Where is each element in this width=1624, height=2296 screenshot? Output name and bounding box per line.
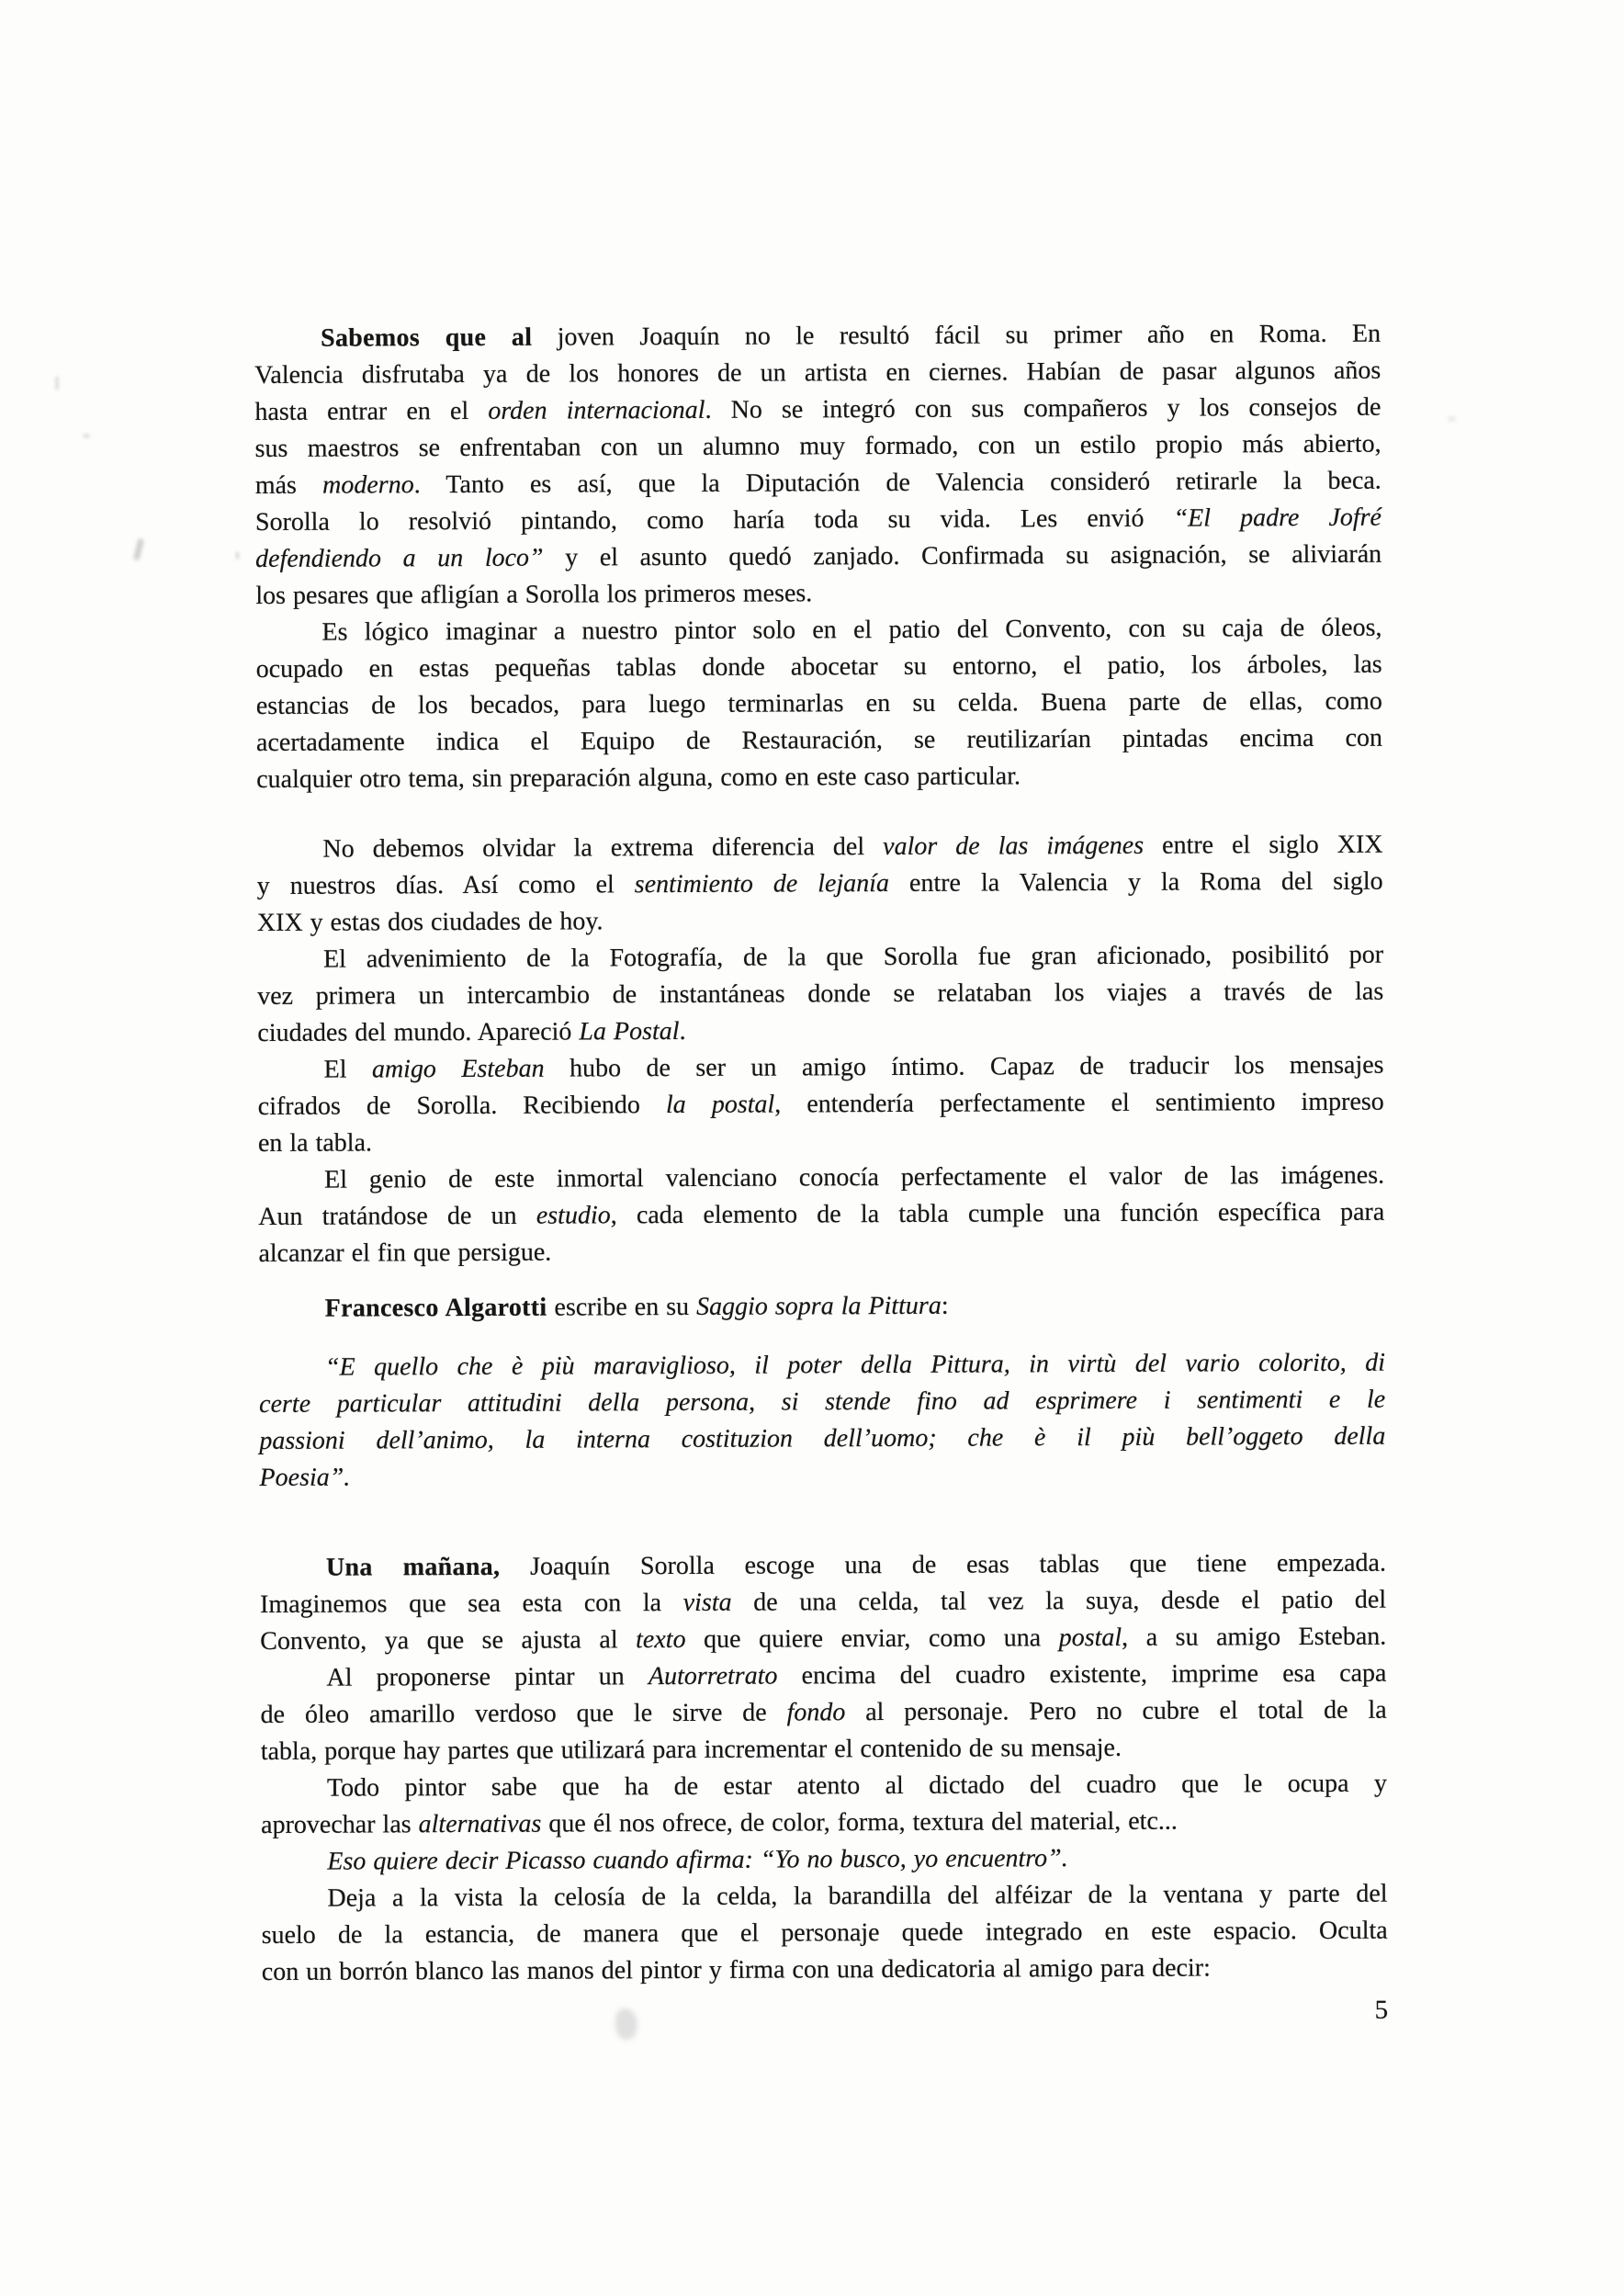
text-run: . Tanto es así, que la Diputación de Val…	[414, 467, 1382, 500]
text-run: los pesares que afligían a Sorolla los p…	[255, 579, 812, 610]
text-run: Imaginemos que sea esta con la	[260, 1589, 683, 1619]
text-run: alcanzar el fin que persigue.	[258, 1238, 551, 1268]
text-run: al personaje. Pero no cubre el total de …	[845, 1696, 1386, 1727]
text-run: y nuestros días. Así como el	[257, 870, 635, 900]
paragraph-advenimiento: El advenimiento de la Fotografía, de la …	[257, 937, 1384, 1052]
text-line: El advenimiento de la Fotografía, de la …	[257, 937, 1383, 978]
scan-smudge	[235, 551, 240, 560]
text-line: y nuestros días. Así como el sentimiento…	[257, 864, 1383, 905]
text-line: sus maestros se enfrentaban con un alumn…	[255, 426, 1382, 468]
text-line: passioni dell’animo, la interna costituz…	[259, 1419, 1385, 1460]
paragraph-al-proponerse: Al proponerse pintar un Autorretrato enc…	[260, 1656, 1387, 1770]
text-line: Francesco Algarotti escribe en su Saggio…	[259, 1286, 1385, 1328]
paragraph-amigo-esteban: El amigo Esteban hubo de ser un amigo ín…	[257, 1047, 1384, 1162]
text-run: alternativas	[419, 1810, 542, 1839]
paragraph-una-manana: Una mañana, Joaquín Sorolla escoge una d…	[260, 1545, 1387, 1660]
text-run: Convento, ya que se ajusta al	[260, 1625, 636, 1656]
text-line: Poesia”.	[259, 1455, 1385, 1497]
text-run: que él nos ofrece, de color, forma, text…	[541, 1807, 1178, 1838]
text-run: Valencia disfrutaba ya de los honores de…	[254, 356, 1381, 390]
text-run: “El padre Jofré	[1173, 503, 1382, 533]
text-run: Deja a la vista la celosía de la celda, …	[327, 1880, 1387, 1913]
text-line: Una mañana, Joaquín Sorolla escoge una d…	[260, 1545, 1386, 1587]
text-line: Todo pintor sabe que ha de estar atento …	[261, 1766, 1387, 1807]
text-run: postal	[1059, 1623, 1122, 1652]
text-line: defendiendo a un loco” y el asunto quedó…	[255, 537, 1382, 578]
text-line: vez primera un intercambio de instantáne…	[257, 974, 1383, 1015]
text-run: de una celda, tal vez la suya, desde el …	[732, 1586, 1387, 1617]
text-line: Sorolla lo resolvió pintando, como haría…	[255, 500, 1382, 541]
text-run: la postal	[666, 1091, 774, 1120]
text-run: Todo pintor sabe que ha de estar atento …	[327, 1770, 1387, 1803]
text-line: acertadamente indica el Equipo de Restau…	[256, 720, 1382, 762]
text-run: “E quello che è più maraviglioso, il pot…	[325, 1349, 1385, 1382]
text-line: Al proponerse pintar un Autorretrato enc…	[260, 1656, 1386, 1697]
text-run: aprovechar las	[261, 1810, 419, 1839]
text-run: Poesia”.	[259, 1464, 350, 1492]
paragraph-algarotti: Francesco Algarotti escribe en su Saggio…	[259, 1286, 1385, 1328]
text-run: cualquier otro tema, sin preparación alg…	[256, 762, 1021, 794]
text-line: “E quello che è più maraviglioso, il pot…	[259, 1345, 1385, 1386]
text-run: . No se integró con sus compañeros y los…	[705, 393, 1381, 424]
scan-smudge	[55, 377, 59, 390]
paragraph-sabemos: Sabemos que al joven Joaquín no le resul…	[254, 316, 1382, 615]
text-run: valor de las imágenes	[883, 831, 1144, 861]
text-run: texto	[636, 1625, 686, 1654]
text-line: Valencia disfrutaba ya de los honores de…	[254, 353, 1381, 394]
text-line: Es lógico imaginar a nuestro pintor solo…	[255, 610, 1382, 651]
text-line: Sabemos que al joven Joaquín no le resul…	[254, 316, 1381, 357]
text-run: estancias de los becados, para luego ter…	[256, 687, 1382, 720]
scanned-document-page: Sabemos que al joven Joaquín no le resul…	[0, 0, 1624, 2296]
paragraph-cita-italiana: “E quello che è più maraviglioso, il pot…	[259, 1345, 1386, 1497]
text-line: El amigo Esteban hubo de ser un amigo ín…	[257, 1047, 1383, 1089]
text-run: Joaquín Sorolla escoge una de esas tabla…	[500, 1549, 1386, 1581]
text-run: de óleo amarillo verdoso que le sirve de	[261, 1698, 787, 1728]
paragraph-picasso: Eso quiere decir Picasso cuando afirma: …	[261, 1839, 1387, 1881]
text-line: los pesares que afligían a Sorolla los p…	[255, 573, 1382, 615]
text-run: con un borrón blanco las manos del pinto…	[262, 1953, 1211, 1986]
text-run: que quiere enviar, como una	[685, 1623, 1058, 1654]
text-run: joven Joaquín no le resultó fácil su pri…	[532, 320, 1381, 352]
text-run: tabla, porque hay partes que utilizará p…	[261, 1734, 1122, 1766]
text-line: con un borrón blanco las manos del pinto…	[262, 1950, 1388, 1991]
text-run: La Postal	[579, 1017, 679, 1046]
text-run: Aun tratándose de un	[258, 1202, 536, 1231]
text-line: de óleo amarillo verdoso que le sirve de…	[261, 1692, 1387, 1734]
text-line: Eso quiere decir Picasso cuando afirma: …	[261, 1839, 1387, 1881]
text-line: El genio de este inmortal valenciano con…	[258, 1158, 1384, 1199]
text-run: Al proponerse pintar un	[326, 1662, 648, 1692]
text-run: entre la Valencia y la Roma del siglo	[889, 867, 1383, 898]
document-body: Sabemos que al joven Joaquín no le resul…	[254, 316, 1388, 2033]
text-run: Una mañana,	[326, 1553, 500, 1582]
text-run: defendiendo a un loco”	[255, 544, 544, 573]
text-run: y el asunto quedó zanjado. Confirmada su…	[544, 540, 1382, 572]
text-run: El genio de este inmortal valenciano con…	[324, 1161, 1384, 1194]
text-line: ocupado en estas pequeñas tablas donde a…	[256, 647, 1382, 688]
text-line: Aun tratándose de un estudio, cada eleme…	[258, 1194, 1384, 1236]
text-run: suelo de la estancia, de manera que el p…	[262, 1917, 1388, 1950]
paragraph-todo-pintor: Todo pintor sabe que ha de estar atento …	[261, 1766, 1387, 1844]
paragraph-el-genio: El genio de este inmortal valenciano con…	[258, 1158, 1385, 1272]
text-run: escribe en su	[547, 1293, 696, 1322]
text-run: orden internacional	[488, 396, 705, 425]
text-run: .	[679, 1017, 685, 1046]
text-run: hasta entrar en el	[254, 397, 488, 426]
text-run: en la tabla.	[258, 1128, 372, 1158]
text-run: :	[942, 1292, 949, 1320]
text-line: certe particular attitudini della person…	[259, 1382, 1385, 1423]
text-run: , cada elemento de la tabla cumple una f…	[611, 1198, 1385, 1230]
text-run: moderno	[322, 470, 414, 499]
text-line: más moderno. Tanto es así, que la Diputa…	[255, 463, 1382, 504]
text-line: en la tabla.	[258, 1121, 1384, 1162]
text-run: cifrados de Sorolla. Recibiendo	[258, 1091, 666, 1121]
scan-smudge	[133, 538, 144, 561]
text-line: alcanzar el fin que persigue.	[258, 1231, 1384, 1272]
text-line: cualquier otro tema, sin preparación alg…	[256, 757, 1382, 798]
text-run: passioni dell’animo, la interna costituz…	[259, 1422, 1385, 1455]
text-run: certe particular attitudini della person…	[259, 1386, 1385, 1419]
text-run: vista	[683, 1589, 732, 1617]
text-line: ciudades del mundo. Apareció La Postal.	[257, 1011, 1383, 1052]
text-run: Sorolla lo resolvió pintando, como haría…	[255, 504, 1174, 537]
text-run: El	[323, 1055, 371, 1083]
text-run: Es lógico imaginar a nuestro pintor solo…	[321, 614, 1382, 647]
text-run: No debemos olvidar la extrema diferencia…	[322, 832, 883, 864]
text-run: estudio	[536, 1201, 611, 1229]
text-run: sentimiento de lejanía	[635, 869, 889, 899]
text-run: entre el siglo XIX	[1144, 831, 1383, 860]
text-run: El advenimiento de la Fotografía, de la …	[323, 941, 1383, 974]
text-run: Autorretrato	[648, 1662, 778, 1691]
text-line: tabla, porque hay partes que utilizará p…	[261, 1729, 1387, 1770]
page-number: 5	[262, 1992, 1388, 2033]
text-line: hasta entrar en el orden internacional. …	[254, 390, 1381, 431]
text-run: encima del cuadro existente, imprime esa…	[777, 1659, 1386, 1691]
text-run: XIX y estas dos ciudades de hoy.	[257, 907, 603, 937]
text-run: sus maestros se enfrentaban con un alumn…	[255, 430, 1382, 463]
paragraph-es-logico: Es lógico imaginar a nuestro pintor solo…	[255, 610, 1382, 798]
text-run: , entendería perfectamente el sentimient…	[774, 1088, 1384, 1119]
text-run: hubo de ser un amigo íntimo. Capaz de tr…	[545, 1051, 1384, 1083]
text-line: estancias de los becados, para luego ter…	[256, 684, 1382, 725]
text-line: aprovechar las alternativas que él nos o…	[261, 1803, 1387, 1844]
text-line: XIX y estas dos ciudades de hoy.	[257, 900, 1383, 942]
paragraph-deja-a-la-vista: Deja a la vista la celosía de la celda, …	[261, 1876, 1388, 1991]
text-run: ocupado en estas pequeñas tablas donde a…	[256, 650, 1382, 684]
text-line: No debemos olvidar la extrema diferencia…	[256, 827, 1382, 868]
text-run: , a su amigo Esteban.	[1122, 1623, 1386, 1652]
paragraph-no-debemos: No debemos olvidar la extrema diferencia…	[256, 827, 1383, 942]
text-run: Francesco Algarotti	[325, 1294, 547, 1323]
text-run: acertadamente indica el Equipo de Restau…	[256, 724, 1382, 757]
scan-smudge	[1448, 416, 1456, 422]
text-run: Saggio sopra la Pittura	[696, 1292, 942, 1321]
text-line: Imaginemos que sea esta con la vista de …	[260, 1582, 1386, 1623]
scan-smudge	[83, 434, 90, 438]
text-run: ciudades del mundo. Apareció	[257, 1017, 579, 1047]
text-run: fondo	[786, 1698, 845, 1726]
text-run: Eso quiere decir Picasso cuando afirma: …	[327, 1844, 1068, 1876]
text-run: más	[255, 471, 322, 500]
text-line: Convento, ya que se ajusta al texto que …	[260, 1619, 1386, 1660]
text-run: Sabemos que al	[321, 323, 532, 353]
text-line: cifrados de Sorolla. Recibiendo la posta…	[258, 1084, 1384, 1125]
text-line: suelo de la estancia, de manera que el p…	[262, 1913, 1388, 1954]
text-run: vez primera un intercambio de instantáne…	[257, 978, 1383, 1011]
text-line: Deja a la vista la celosía de la celda, …	[261, 1876, 1387, 1917]
text-run: amigo Esteban	[372, 1055, 545, 1084]
